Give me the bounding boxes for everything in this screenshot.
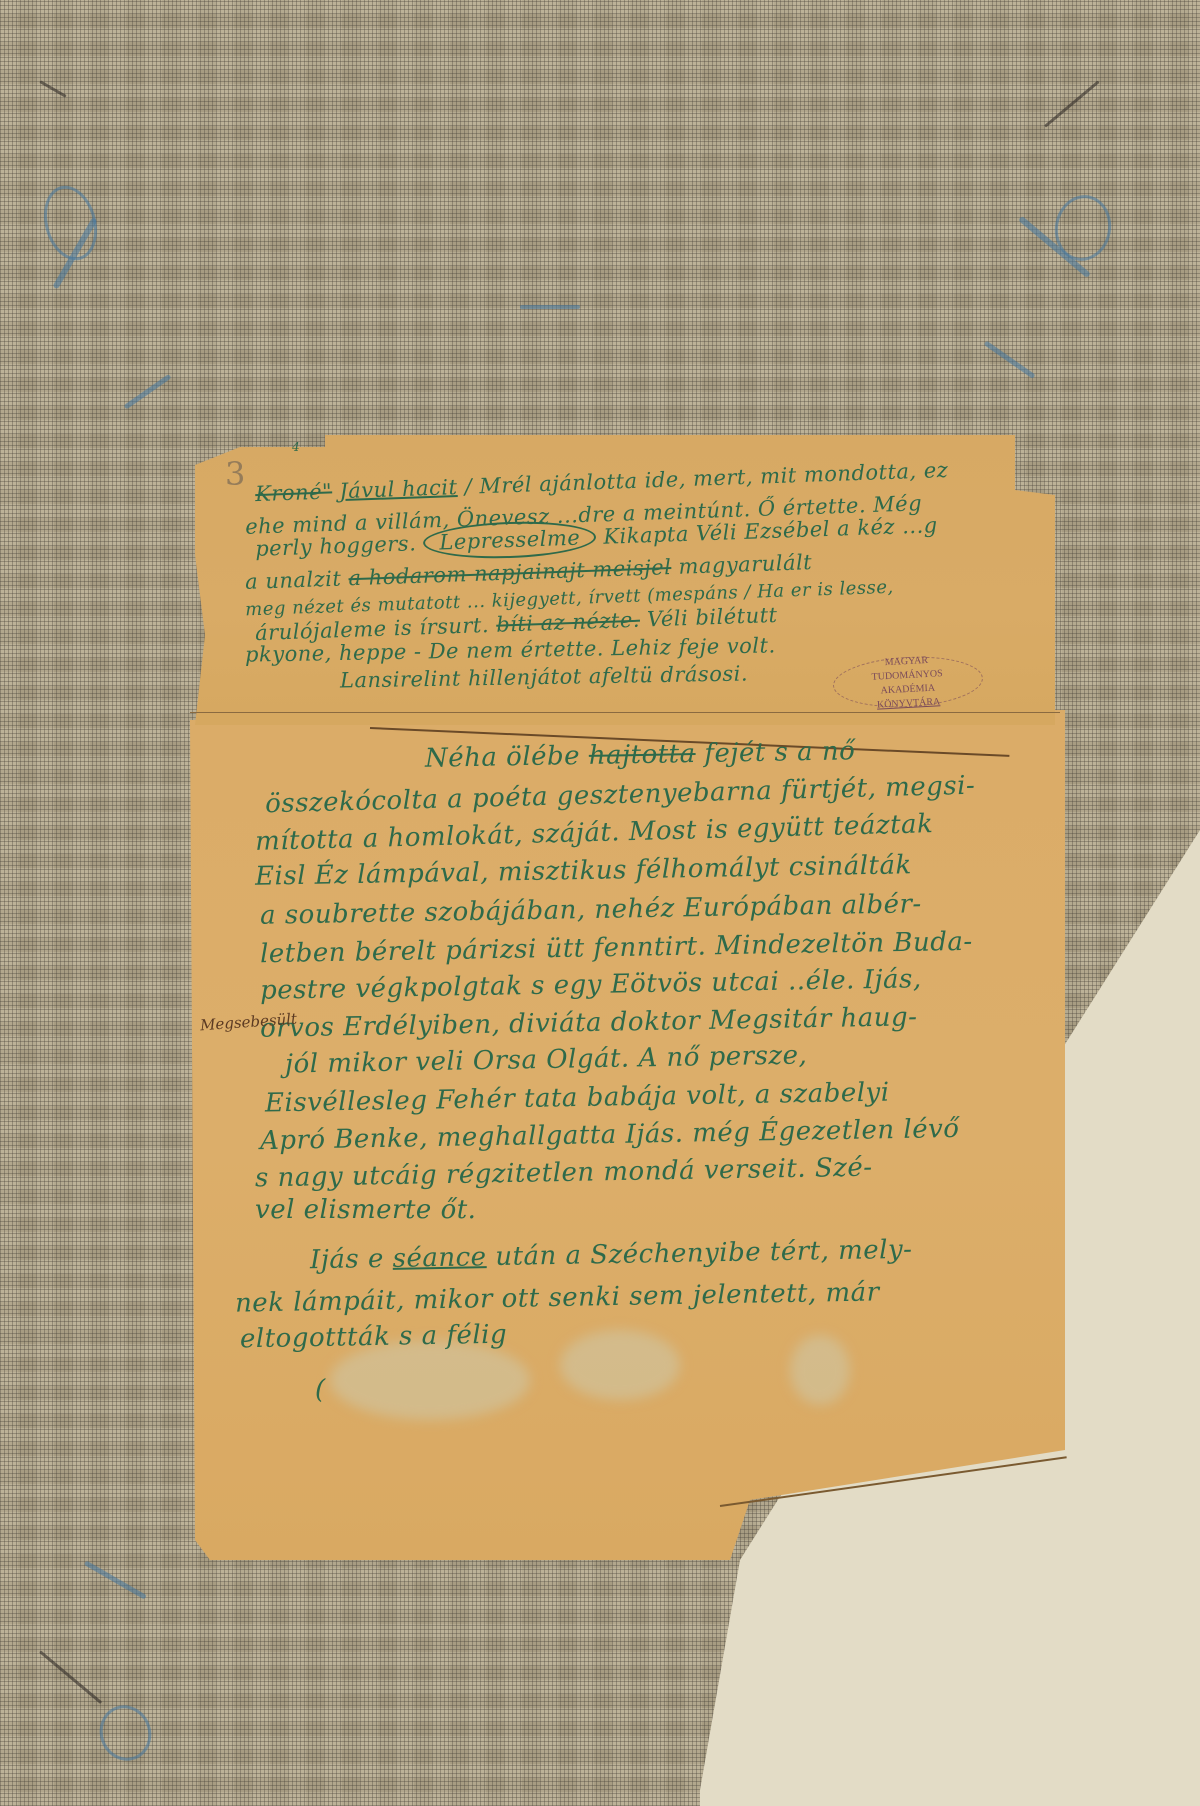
line-text: magyarulált <box>678 550 812 579</box>
handwritten-line: ( <box>315 1375 326 1405</box>
line-text: ( <box>315 1375 326 1405</box>
struck-text: bíti az nézte. <box>496 608 641 637</box>
blue-crayon-stroke-mid-top <box>520 305 580 309</box>
dark-scratch-bottom-left <box>39 1650 102 1704</box>
handwritten-line: vel elismerte őt. <box>255 1195 476 1225</box>
paper-seam <box>190 712 1060 713</box>
handwritten-line: eltogottták s a félig <box>240 1320 508 1355</box>
line-text: Néha ölébe <box>425 741 581 774</box>
water-stain <box>560 1330 680 1400</box>
blue-crayon-stroke-left <box>124 374 172 410</box>
water-stain <box>790 1335 850 1405</box>
line-text: Ijás e <box>310 1244 384 1275</box>
line-text: a unalzit <box>245 567 342 594</box>
dark-scratch-top-left <box>39 80 66 98</box>
page-marker: 4 <box>292 440 300 454</box>
blue-crayon-stroke-right <box>984 340 1036 379</box>
struck-text: Kroné" <box>255 479 333 506</box>
line-text: vel elismerte őt. <box>255 1195 476 1225</box>
underlined-text: Jávul hacit <box>339 475 458 503</box>
section-marker: 3 <box>225 455 245 493</box>
line-text: Véli bilétutt <box>647 603 778 632</box>
dark-scratch-top-right <box>1044 80 1100 127</box>
line-text: eltogottták s a félig <box>240 1320 508 1355</box>
line-text: fejét s a nő <box>704 736 855 769</box>
underlined-text: séance <box>392 1242 486 1274</box>
struck-text: hajtotta <box>589 739 696 771</box>
blue-crayon-loop-bottom-left <box>92 1698 159 1768</box>
blue-crayon-stroke-bottom-left <box>84 1560 147 1599</box>
library-stamp: MAGYAR TUDOMÁNYOS AKADÉMIA KÖNYVTÁRA <box>844 652 972 713</box>
